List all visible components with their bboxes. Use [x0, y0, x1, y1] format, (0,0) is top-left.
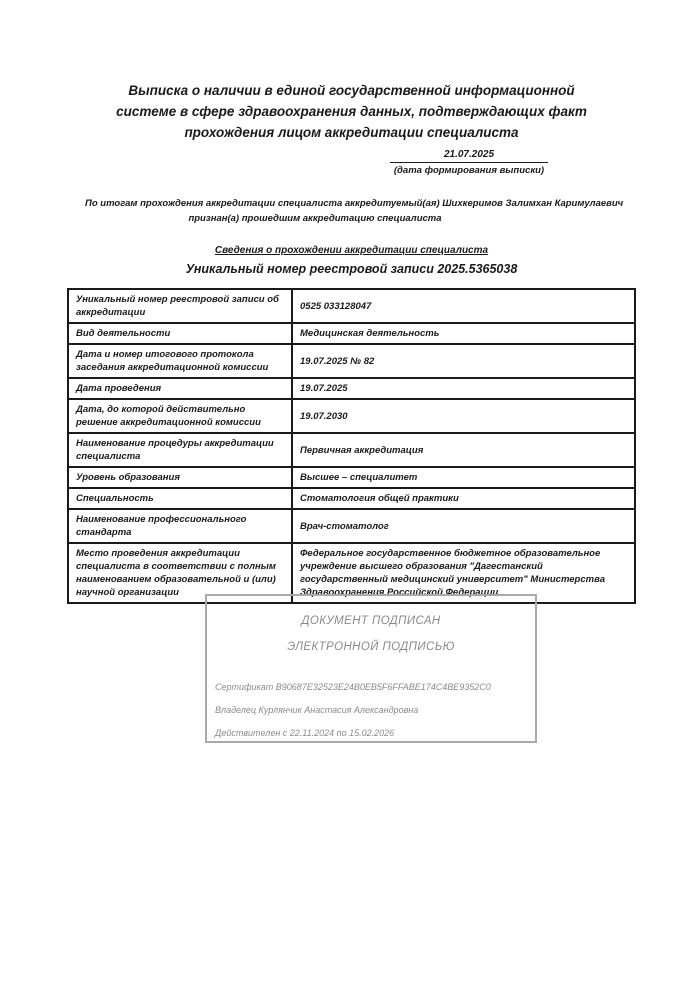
row-value: 19.07.2030	[292, 399, 635, 433]
table-row: Специальность Стоматология общей практик…	[68, 488, 635, 509]
row-label: Дата проведения	[68, 378, 292, 399]
stamp-title-line: ЭЛЕКТРОННОЙ ПОДПИСЬЮ	[215, 634, 527, 660]
table-row: Наименование профессионального стандарта…	[68, 509, 635, 543]
row-label: Дата и номер итогового протокола заседан…	[68, 344, 292, 378]
document-title: Выписка о наличии в единой государственн…	[67, 80, 636, 143]
row-value: Медицинская деятельность	[292, 323, 635, 344]
document-page: Выписка о наличии в единой государственн…	[0, 0, 700, 1000]
row-label: Наименование профессионального стандарта	[68, 509, 292, 543]
issue-date: 21.07.2025	[390, 149, 548, 163]
accreditation-summary: По итогам прохождения аккредитации специ…	[85, 196, 545, 226]
row-label: Специальность	[68, 488, 292, 509]
certificate-line: Сертификат B90687E32523E24B0EB5F6FFABE17…	[215, 676, 527, 699]
stamp-title: ДОКУМЕНТ ПОДПИСАН ЭЛЕКТРОННОЙ ПОДПИСЬЮ	[215, 608, 527, 660]
row-label: Дата, до которой действительно решение а…	[68, 399, 292, 433]
signature-stamp: ДОКУМЕНТ ПОДПИСАН ЭЛЕКТРОННОЙ ПОДПИСЬЮ С…	[205, 594, 537, 743]
row-value: Первичная аккредитация	[292, 433, 635, 467]
title-line: Выписка о наличии в единой государственн…	[67, 80, 636, 101]
validity-line: Действителен с 22.11.2024 по 15.02.2026	[215, 722, 527, 743]
stamp-details: Сертификат B90687E32523E24B0EB5F6FFABE17…	[215, 676, 527, 743]
title-line: системе в сфере здравоохранения данных, …	[67, 101, 636, 122]
title-line: прохождения лицом аккредитации специалис…	[67, 122, 636, 143]
accreditation-table: Уникальный номер реестровой записи об ак…	[67, 288, 636, 604]
row-value: Врач-стоматолог	[292, 509, 635, 543]
table-row: Дата и номер итогового протокола заседан…	[68, 344, 635, 378]
table-row: Вид деятельности Медицинская деятельност…	[68, 323, 635, 344]
section-heading: Сведения о прохождении аккредитации спец…	[67, 245, 636, 256]
stamp-title-line: ДОКУМЕНТ ПОДПИСАН	[215, 608, 527, 634]
summary-line: признан(а) прошедшим аккредитацию специа…	[85, 211, 545, 226]
row-value: Высшее – специалитет	[292, 467, 635, 488]
table-row: Наименование процедуры аккредитации спец…	[68, 433, 635, 467]
table-row: Уникальный номер реестровой записи об ак…	[68, 289, 635, 323]
table-row: Дата проведения 19.07.2025	[68, 378, 635, 399]
issue-date-block: 21.07.2025 (дата формирования выписки)	[390, 149, 548, 176]
row-label: Уникальный номер реестровой записи об ак…	[68, 289, 292, 323]
owner-line: Владелец Курлянчик Анастасия Александров…	[215, 699, 527, 722]
row-value: Стоматология общей практики	[292, 488, 635, 509]
row-label: Вид деятельности	[68, 323, 292, 344]
row-value: 19.07.2025	[292, 378, 635, 399]
row-label: Наименование процедуры аккредитации спец…	[68, 433, 292, 467]
row-value: 0525 033128047	[292, 289, 635, 323]
table-row: Уровень образования Высшее – специалитет	[68, 467, 635, 488]
issue-date-caption: (дата формирования выписки)	[390, 163, 548, 176]
table-row: Дата, до которой действительно решение а…	[68, 399, 635, 433]
registry-number: Уникальный номер реестровой записи 2025.…	[67, 262, 636, 276]
summary-line: По итогам прохождения аккредитации специ…	[85, 196, 545, 211]
row-label: Уровень образования	[68, 467, 292, 488]
row-value: 19.07.2025 № 82	[292, 344, 635, 378]
